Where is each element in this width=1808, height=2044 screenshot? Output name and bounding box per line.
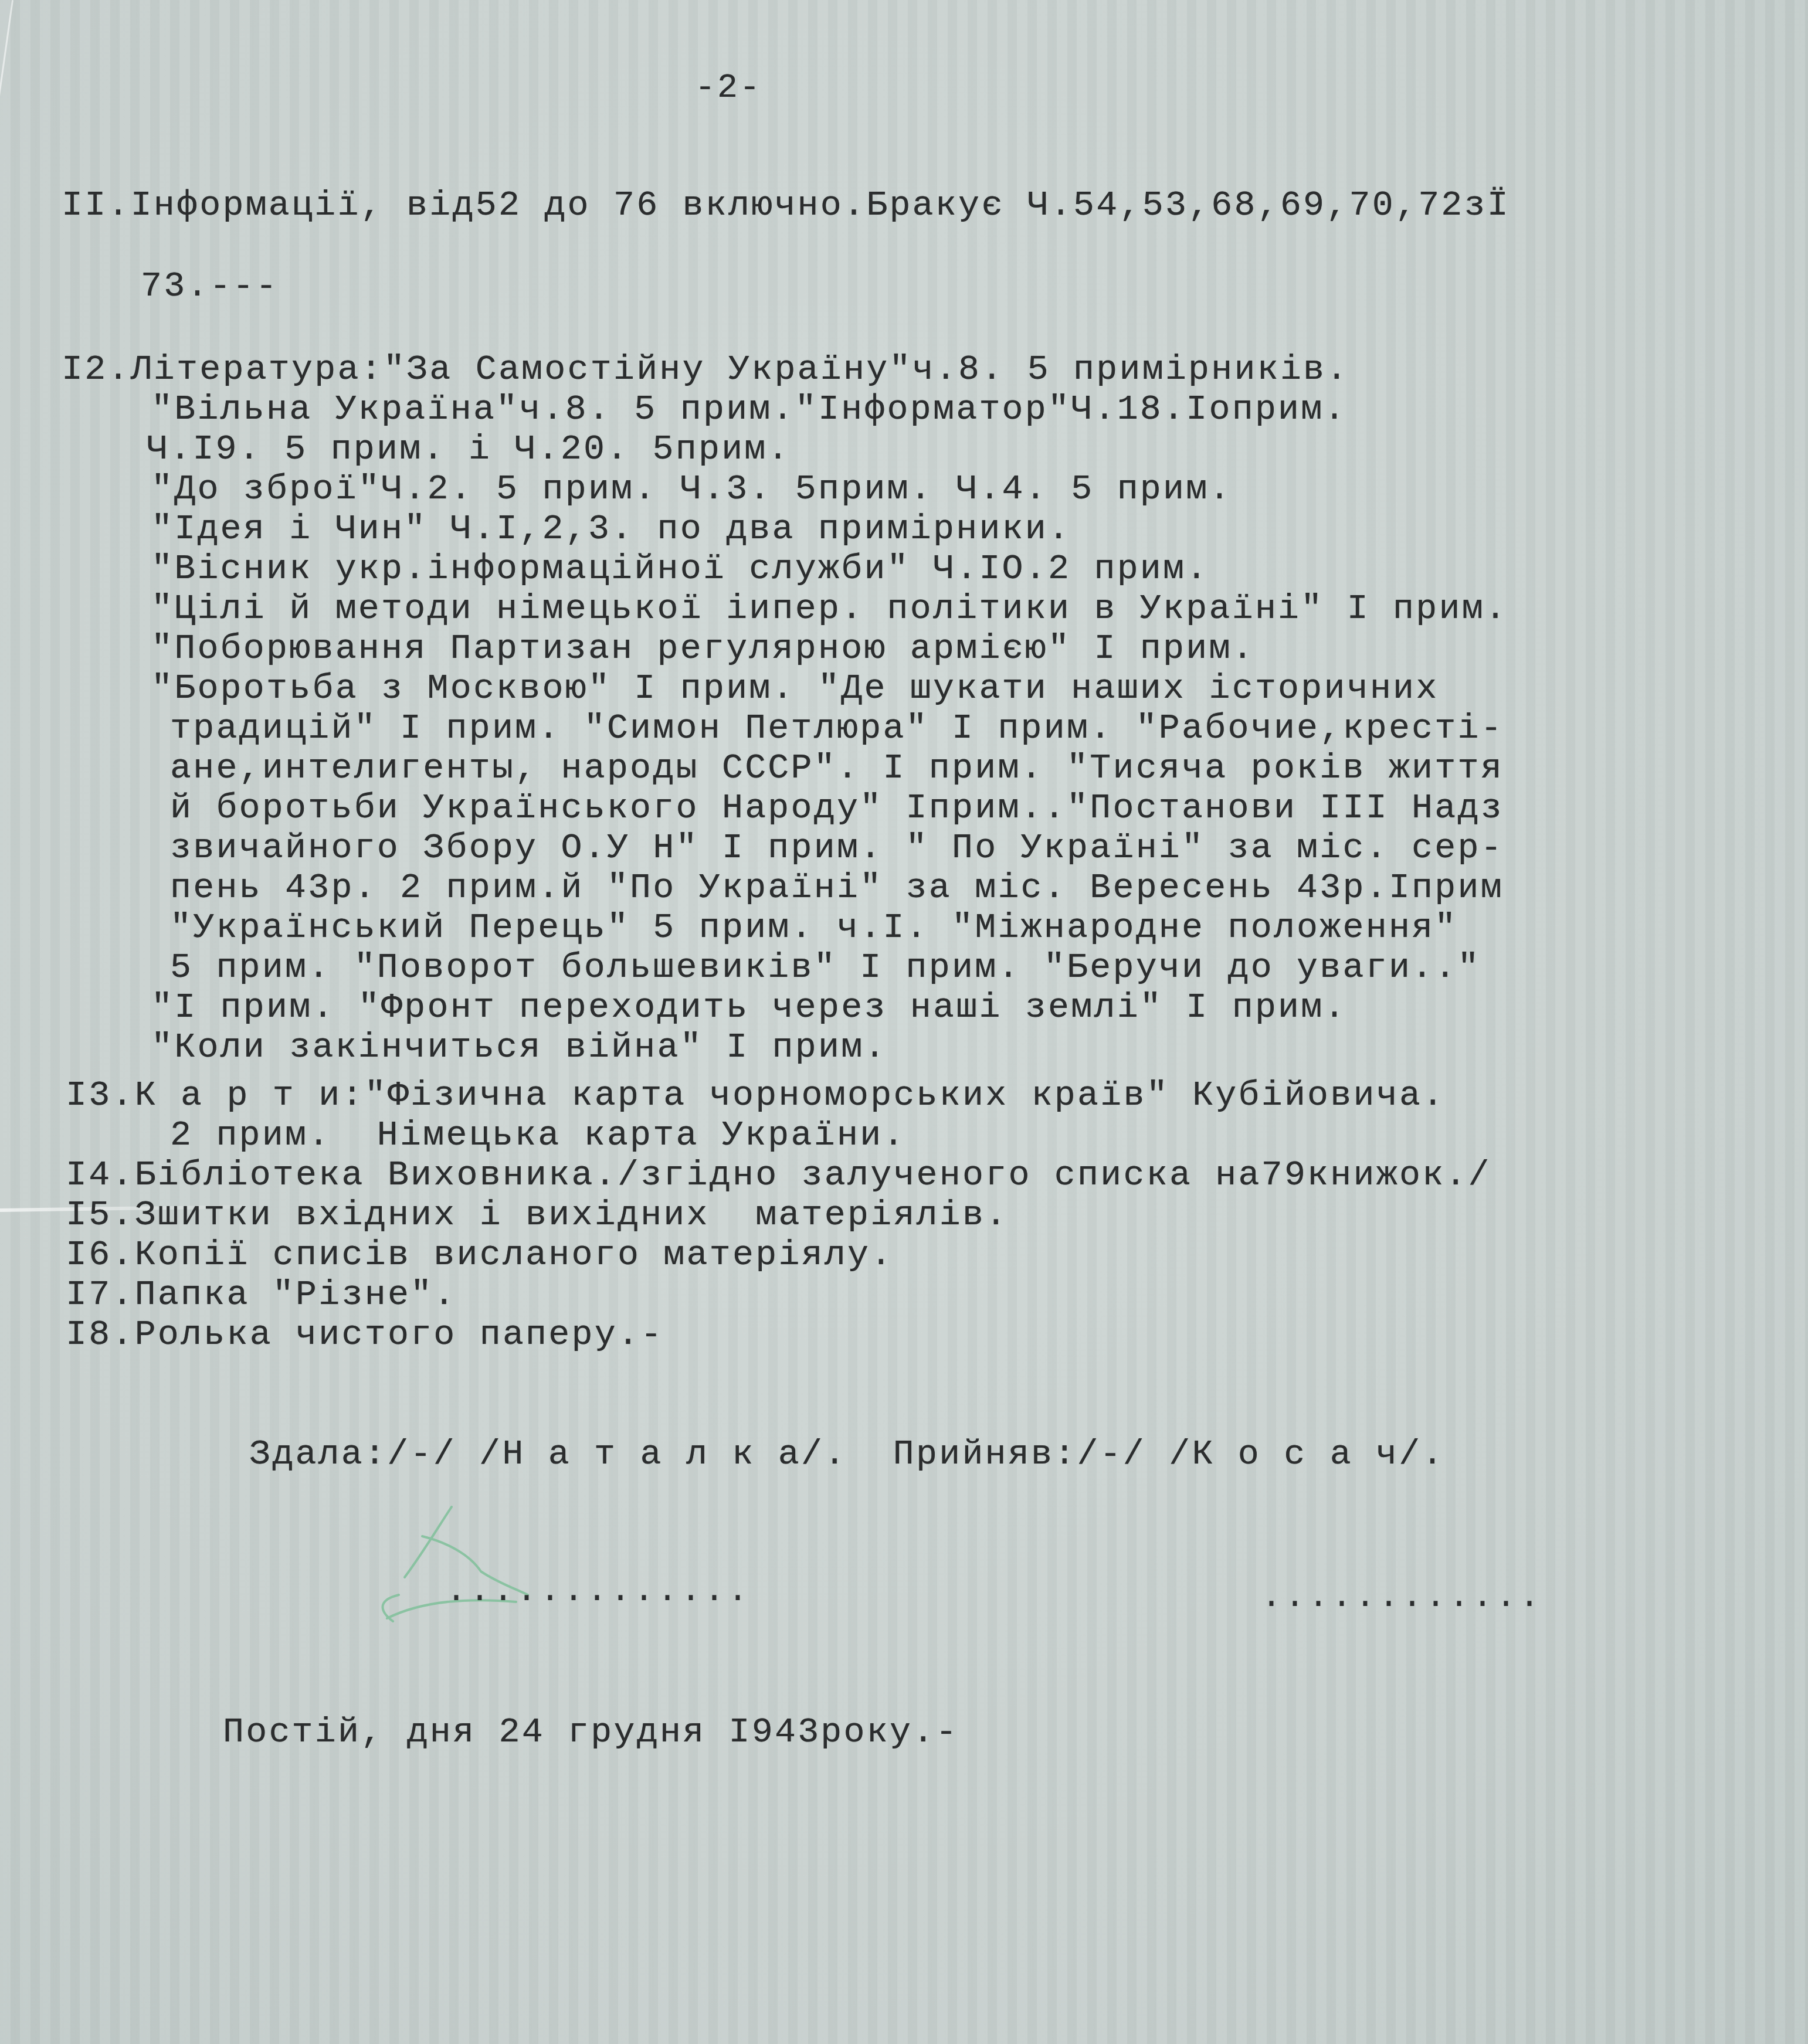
item-12-line: "Цілі й методи німецької іипер. політики… xyxy=(151,590,1508,629)
item-12-line: "Вісник укр.інформаційної служби" Ч.IO.2… xyxy=(151,550,1209,589)
item-11-line-1: II.Інформації, від52 до 76 включно.Браку… xyxy=(62,186,1510,225)
handover-line: Здала:/-/ /Н а т а л к а/. Прийняв:/-/ /… xyxy=(249,1435,1445,1474)
item-text: К а р т и:"Фізична карта чорноморських к… xyxy=(135,1076,1446,1116)
item-text: Література:"За Самостійну Україну"ч.8. 5… xyxy=(131,350,1349,390)
item-12-line: "I прим. "Фронт переходить через наші зе… xyxy=(151,989,1347,1027)
place-and-date: Постій, дня 24 грудня I943року.- xyxy=(223,1713,959,1752)
item-12-line: "Коли закінчиться війна" I прим. xyxy=(151,1028,887,1067)
item-number: I2. xyxy=(62,350,131,390)
item-12-line: Ч.I9. 5 прим. і Ч.20. 5прим. xyxy=(147,430,791,469)
item-12-line: "Боротьба з Москвою" I прим. "Де шукати … xyxy=(151,670,1439,708)
item-16: I6.Копії списів висланого матеріялу. xyxy=(66,1236,893,1275)
item-number: I7. xyxy=(66,1275,135,1315)
item-12-line: ане,интелигенты, народы СССР". I прим. "… xyxy=(170,749,1504,788)
item-text: Папка "Різне". xyxy=(135,1275,457,1315)
item-text: Бібліотека Виховника./згідно залученого … xyxy=(135,1156,1491,1196)
giver-signature-line: ............. xyxy=(446,1571,751,1611)
item-12-line: й боротьби Українського Народу" Iприм.."… xyxy=(170,789,1504,828)
item-12-line: 5 прим. "Поворот большевиків" I прим. "Б… xyxy=(170,949,1481,987)
item-number: II. xyxy=(62,186,131,226)
item-number: I4. xyxy=(66,1156,135,1196)
item-14: I4.Бібліотека Виховника./згідно залучено… xyxy=(66,1156,1491,1195)
item-number: I8. xyxy=(66,1315,135,1355)
item-12-line-1: I2.Література:"За Самостійну Україну"ч.8… xyxy=(62,351,1349,389)
item-13-line-1: I3.К а р т и:"Фізична карта чорноморськи… xyxy=(66,1077,1445,1115)
item-18: I8.Ролька чистого паперу.- xyxy=(66,1316,663,1354)
item-12-line: "Вільна Україна"ч.8. 5 прим."Інформатор"… xyxy=(151,391,1347,429)
item-12-line: "Український Перець" 5 прим. ч.I. "Міжна… xyxy=(170,909,1458,948)
item-text: Інформації, від52 до 76 включно.Бракує Ч… xyxy=(131,186,1510,226)
item-number: I5. xyxy=(66,1196,135,1235)
page-number: -2- xyxy=(695,69,762,108)
item-text: Копії списів висланого матеріялу. xyxy=(135,1235,894,1275)
item-12-line: "До зброї"Ч.2. 5 прим. Ч.3. 5прим. Ч.4. … xyxy=(151,470,1232,509)
item-12-line: "Поборювання Партизан регулярною армією"… xyxy=(151,630,1255,668)
receiver-signature-line: ............ xyxy=(1261,1577,1542,1617)
item-11-line-2: 73.--- xyxy=(141,267,279,306)
item-text: Ролька чистого паперу.- xyxy=(135,1315,664,1355)
item-12-line: звичайного Збору О.У Н" I прим. " По Укр… xyxy=(170,829,1504,868)
item-13-line-2: 2 прим. Німецька карта України. xyxy=(170,1116,906,1155)
item-12-line: пень 43р. 2 прим.й "По Україні" за міс. … xyxy=(170,869,1504,908)
item-number: I6. xyxy=(66,1235,135,1275)
item-12-line: традицій" I прим. "Симон Петлюра" I прим… xyxy=(170,709,1504,748)
item-15: I5.Зшитки вхідних і вихідних матеріялів. xyxy=(66,1196,1008,1235)
item-17: I7.Папка "Різне". xyxy=(66,1276,457,1315)
item-12-line: "Ідея і Чин" Ч.I,2,3. по два примірники. xyxy=(151,510,1071,549)
item-text: Зшитки вхідних і вихідних матеріялів. xyxy=(135,1196,1009,1235)
item-number: I3. xyxy=(66,1076,135,1116)
